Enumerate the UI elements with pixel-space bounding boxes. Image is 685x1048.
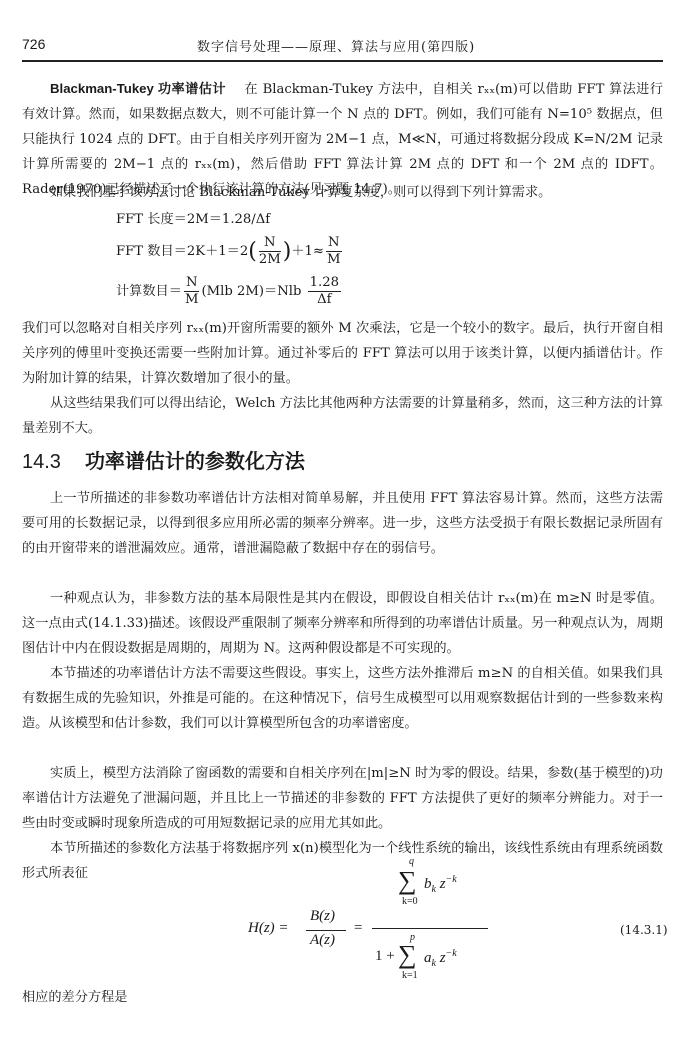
- page-header: 726 数字信号处理——原理、算法与应用(第四版): [22, 36, 499, 58]
- eq-equals: =: [354, 920, 362, 937]
- header-rule: [22, 60, 663, 62]
- num-sigma-icon: ∑: [398, 866, 417, 896]
- eq-frac1-den: A(z): [310, 932, 335, 949]
- equation-fft-length: FFT 长度＝2M＝1.28/Δf: [116, 208, 270, 227]
- section-paragraph-2: 一种观点认为，非参数方法的基本局限性是其内在假设，即假设自相关估计 rₓₓ(m)…: [22, 586, 663, 661]
- section-title-text: 功率谱估计的参数化方法: [85, 449, 305, 473]
- section-number: 14.3: [22, 451, 61, 473]
- eq-lhs: H(z) =: [248, 920, 289, 937]
- eq3-fraction-2: 1.28Δf: [308, 275, 341, 308]
- den-sigma-icon: ∑: [398, 940, 417, 970]
- eq-frac1-num: B(z): [310, 908, 335, 925]
- document-page: 726 数字信号处理——原理、算法与应用(第四版) Blackman-Tukey…: [0, 0, 685, 1048]
- eq2-fraction: N2M: [259, 235, 281, 268]
- bt-paragraph-2: 如果我们基于该方法讨论 Blackman-Tukey 计算复杂度，则可以得到下列…: [22, 180, 663, 205]
- num-term: bk z−k: [424, 874, 457, 895]
- eq3-lhs: 计算数目＝: [116, 284, 182, 299]
- page-number: 726: [22, 36, 45, 52]
- eq3-fraction: NM: [184, 275, 200, 308]
- section-paragraph-1: 上一节所描述的非参数功率谱估计方法相对简单易解，并且使用 FFT 算法容易计算。…: [22, 486, 663, 561]
- eq-main-fraction-bar: [372, 928, 488, 929]
- den-sum-lower: k=1: [402, 970, 418, 981]
- eq3-mid: (Mlb 2M)＝Nlb: [201, 284, 301, 299]
- equation-fft-count: FFT 数目＝2K＋1＝2(N2M)＋1≈NM: [116, 235, 344, 268]
- eq2-mid: ＋1≈: [291, 244, 324, 259]
- eq2-lhs: FFT 数目＝2K＋1＝2: [116, 244, 248, 259]
- equation-14-3-1: H(z) = B(z) A(z) = q ∑ k=0 bk z−k 1 + p …: [248, 868, 488, 978]
- bt-paragraph-3: 我们可以忽略对自相关序列 rₓₓ(m)开窗所需要的额外 M 次乘法，它是一个较小…: [22, 316, 663, 391]
- bt-subsection-title: Blackman-Tukey 功率谱估计: [50, 81, 226, 96]
- section-heading: 14.3功率谱估计的参数化方法: [22, 445, 305, 474]
- after-equation-text: 相应的差分方程是: [22, 985, 663, 1010]
- equation-computation-count: 计算数目＝NM(Mlb 2M)＝Nlb 1.28Δf: [116, 275, 343, 308]
- equation-number: (14.3.1): [620, 923, 668, 937]
- num-sum-lower: k=0: [402, 896, 418, 907]
- section-paragraph-4: 实质上，模型方法消除了窗函数的需要和自相关序列在|m|≥N 时为零的假设。结果，…: [22, 761, 663, 836]
- section-paragraph-3: 本节描述的功率谱估计方法不需要这些假设。事实上，这些方法外推滞后 m≥N 的自相…: [22, 661, 663, 736]
- running-title: 数字信号处理——原理、算法与应用(第四版): [197, 36, 475, 55]
- eq-frac1-bar: [306, 930, 346, 931]
- den-prefix: 1 +: [375, 948, 395, 965]
- eq2-fraction-2: NM: [326, 235, 342, 268]
- den-term: ak z−k: [424, 948, 457, 969]
- bt-paragraph-4: 从这些结果我们可以得出结论，Welch 方法比其他两种方法需要的计算量稍多，然而…: [22, 391, 663, 441]
